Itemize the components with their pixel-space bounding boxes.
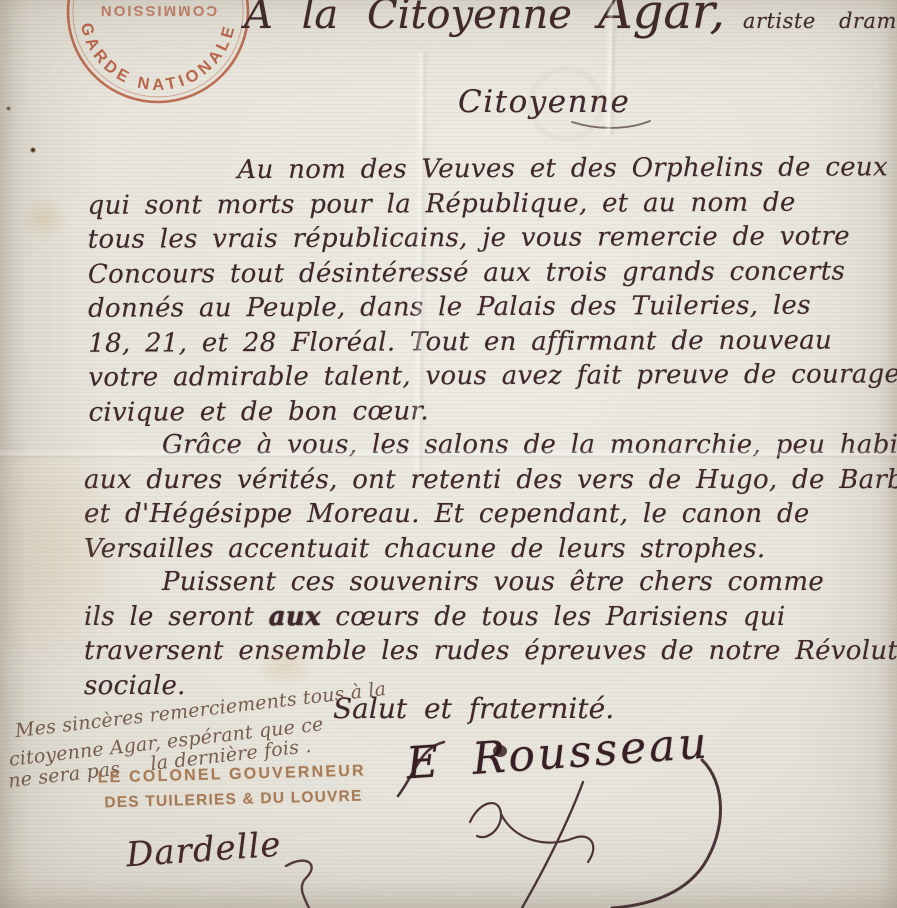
body-line: ils le seront aux cœurs de tous les Pari… (84, 600, 897, 635)
addressee-name: Agar, (598, 0, 725, 40)
address-line: A la CitoyenneAgar,artiste dramatique (244, 0, 897, 40)
stamp-circle-icon: GARDE NATIONALE COMMISSION (58, 0, 258, 114)
body-line: votre admirable talent, vous avez fait p… (88, 357, 897, 395)
addressee-title: artiste dramatique (743, 9, 897, 33)
body-line: civique et de bon cœur. (88, 392, 897, 430)
garde-nationale-stamp: GARDE NATIONALE COMMISSION (58, 0, 258, 114)
body-line: Versailles accentuait chacune de leurs s… (84, 532, 897, 567)
signature-main: E Rousseau (405, 717, 712, 789)
salutation: Citoyenne (458, 84, 630, 120)
body-line: donnés au Peuple, dans le Palais des Tui… (88, 288, 897, 326)
emphasized-word: aux (269, 602, 321, 632)
colonel-gouverneur-stamp: LE COLONEL GOUVERNEUR DES TUILERIES & DU… (97, 762, 366, 812)
body-line: qui sont morts pour la République, et au… (88, 185, 897, 223)
paragraph-1: Au nom des Veuves et des Orphelins de ce… (87, 150, 897, 430)
body-line: 18, 21, et 28 Floréal. Tout en affirmant… (88, 323, 897, 361)
body-line: Grâce à vous, les salons de la monarchie… (162, 428, 897, 463)
body-line: aux dures vérités, ont retenti des vers … (84, 463, 897, 498)
body-line: traversent ensemble les rudes épreuves d… (84, 634, 897, 669)
ink-speck-stain (30, 147, 36, 153)
body-line-segment: cœurs de tous les Parisiens qui (321, 602, 786, 632)
stamp-line: LE COLONEL GOUVERNEUR (97, 762, 366, 787)
body-line: tous les vrais républicains, je vous rem… (88, 219, 897, 257)
address-pre: A la Citoyenne (244, 0, 572, 38)
stamp-inverted-center-text: COMMISSION (99, 2, 217, 19)
paragraph-2: Grâce à vous, les salons de la monarchie… (84, 428, 897, 566)
stamp-line: DES TUILERIES & DU LOUVRE (104, 787, 367, 812)
body-line-segment: ils le seront (84, 602, 269, 632)
foxing-stain (20, 194, 68, 242)
body-line: Puissent ces souvenirs vous être chers c… (162, 565, 897, 600)
body-line: et d'Hégésippe Moreau. Et cependant, le … (84, 497, 897, 532)
paragraph-3: Puissent ces souvenirs vous être chers c… (84, 565, 897, 703)
body-line: Au nom des Veuves et des Orphelins de ce… (237, 150, 897, 187)
ink-speck-stain (6, 106, 11, 111)
letter-page: GARDE NATIONALE COMMISSION A la Citoyenn… (0, 0, 897, 908)
signature-dardelle: Dardelle (125, 825, 283, 876)
body-line: Concours tout désintéressé aux trois gra… (88, 254, 897, 292)
